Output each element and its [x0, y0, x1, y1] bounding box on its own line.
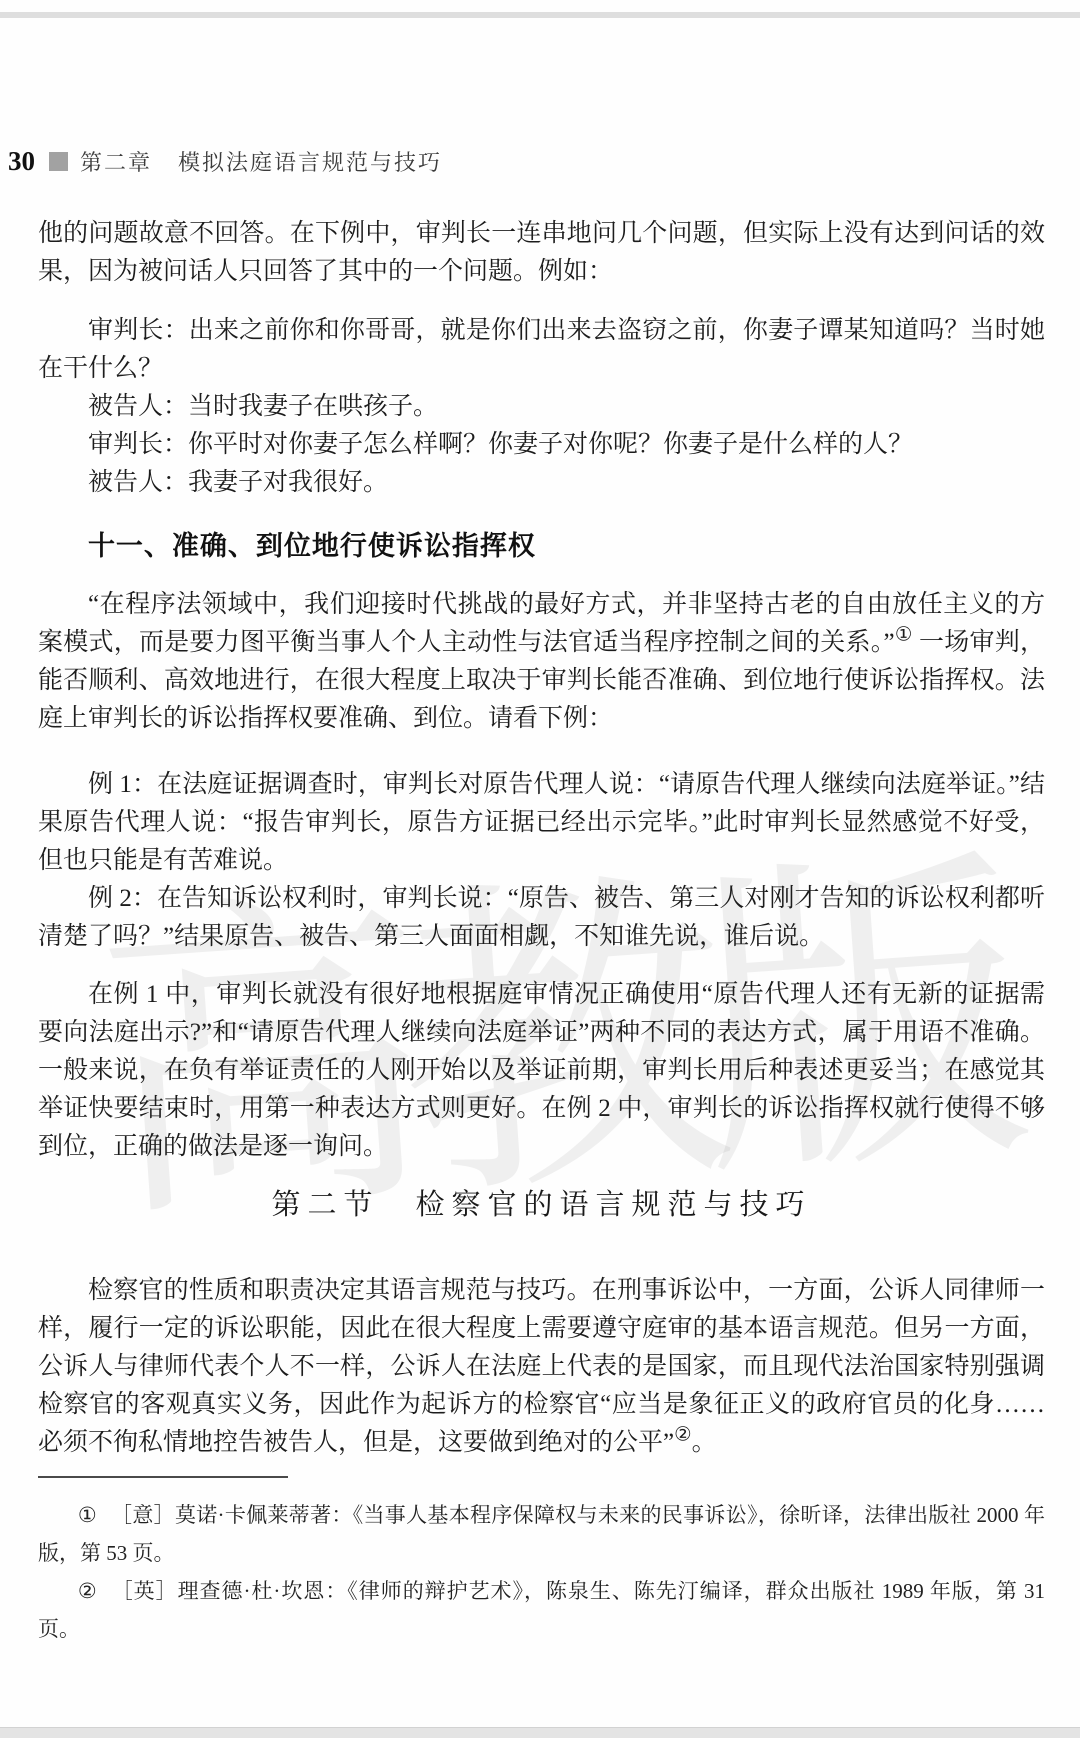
chapter-label: 第二章: [80, 146, 152, 177]
footnotes-block: ①［意］莫诺·卡佩莱蒂著：《当事人基本程序保障权与未来的民事诉讼》，徐昕译，法律…: [38, 1496, 1045, 1648]
examples-block: 例 1：在法庭证据调查时，审判长对原告代理人说：“请原告代理人继续向法庭举证。”…: [38, 766, 1045, 956]
page-body: 他的问题故意不回答。在下例中，审判长一连串地问几个问题，但实际上没有达到问话的效…: [38, 215, 1045, 1462]
footnote-2-text: ［英］理查德·杜·坎恩：《律师的辩护艺术》，陈泉生、陈先汀编译，群众出版社 19…: [38, 1579, 1045, 1641]
page-number: 30: [8, 146, 35, 177]
chapter-title: 模拟法庭语言规范与技巧: [178, 146, 442, 177]
running-header: 30 第二章 模拟法庭语言规范与技巧: [8, 146, 442, 177]
footnote-ref-1: ①: [895, 625, 913, 646]
quote-paragraph: “在程序法领域中，我们迎接时代挑战的最好方式，并非坚持古老的自由放任主义的方案模…: [38, 586, 1045, 738]
chapter-marker-square: [49, 152, 68, 171]
dialog-line-judge-2: 审判长：你平时对你妻子怎么样啊？你妻子对你呢？你妻子是什么样的人？: [38, 426, 1045, 464]
bottom-edge-strip: [0, 1727, 1080, 1738]
quote-text: “在程序法领域中，我们迎接时代挑战的最好方式，并非坚持古老的自由放任主义的方案模…: [38, 591, 1045, 656]
analysis-paragraph: 在例 1 中，审判长就没有很好地根据庭审情况正确使用“原告代理人还有无新的证据需…: [38, 976, 1045, 1166]
footnote-2-marker: ②: [78, 1579, 98, 1603]
dialog-line-defendant-2: 被告人：我妻子对我很好。: [38, 464, 1045, 502]
book-page: 30 第二章 模拟法庭语言规范与技巧 高教版 他的问题故意不回答。在下例中，审判…: [0, 0, 1080, 1738]
footnote-1-marker: ①: [78, 1503, 97, 1527]
example-2: 例 2：在告知诉讼权利时，审判长说：“原告、被告、第三人对刚才告知的诉讼权利都听…: [38, 880, 1045, 956]
footnote-2: ②［英］理查德·杜·坎恩：《律师的辩护艺术》，陈泉生、陈先汀编译，群众出版社 1…: [38, 1572, 1045, 1648]
prosecutor-paragraph: 检察官的性质和职责决定其语言规范与技巧。在刑事诉讼中，一方面，公诉人同律师一样，…: [38, 1272, 1045, 1462]
dialog-line-judge-1: 审判长：出来之前你和你哥哥，就是你们出来去盗窃之前，你妻子谭某知道吗？当时她在干…: [38, 312, 1045, 388]
prosecutor-text-end: 。: [692, 1429, 717, 1456]
footnote-ref-2: ②: [674, 1425, 691, 1446]
footnote-1-text: ［意］莫诺·卡佩莱蒂著：《当事人基本程序保障权与未来的民事诉讼》，徐昕译，法律出…: [38, 1503, 1045, 1565]
top-edge-strip: [0, 12, 1080, 18]
dialog-block: 审判长：出来之前你和你哥哥，就是你们出来去盗窃之前，你妻子谭某知道吗？当时她在干…: [38, 312, 1045, 502]
prosecutor-text: 检察官的性质和职责决定其语言规范与技巧。在刑事诉讼中，一方面，公诉人同律师一样，…: [38, 1277, 1045, 1456]
footnote-separator: [38, 1476, 288, 1478]
heading-eleven: 十一、准确、到位地行使诉讼指挥权: [38, 526, 1045, 566]
example-1: 例 1：在法庭证据调查时，审判长对原告代理人说：“请原告代理人继续向法庭举证。”…: [38, 766, 1045, 880]
dialog-line-defendant-1: 被告人：当时我妻子在哄孩子。: [38, 388, 1045, 426]
footnote-1: ①［意］莫诺·卡佩莱蒂著：《当事人基本程序保障权与未来的民事诉讼》，徐昕译，法律…: [38, 1496, 1045, 1572]
intro-paragraph: 他的问题故意不回答。在下例中，审判长一连串地问几个问题，但实际上没有达到问话的效…: [38, 215, 1045, 291]
section-title: 第二节 检察官的语言规范与技巧: [38, 1182, 1045, 1228]
